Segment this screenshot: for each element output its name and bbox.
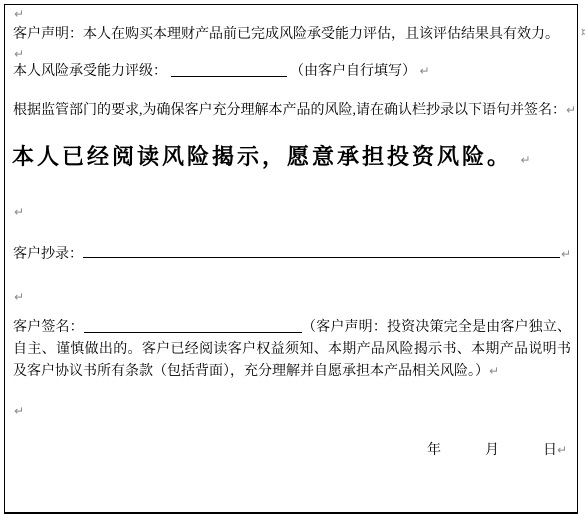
document-page: ↵ 客户声明：本人在购买本理财产品前已完成风险承受能力评估，且该评估结果具有效力… bbox=[0, 0, 585, 522]
risk-statement-heading-row: 本人已经阅读风险揭示，愿意承担投资风险。 ↵ bbox=[12, 144, 571, 170]
date-day-label: 日 bbox=[543, 443, 557, 458]
paragraph-mark-icon: ↵ bbox=[14, 291, 24, 303]
signature-label: 客户签名： bbox=[13, 320, 84, 335]
paragraph-mark-icon: ↵ bbox=[420, 64, 430, 78]
paragraph-mark-icon: ↵ bbox=[561, 248, 571, 260]
form-border: ↵ 客户声明：本人在购买本理财产品前已完成风险承受能力评估，且该评估结果具有效力… bbox=[4, 4, 578, 514]
paragraph-mark-icon: ↵ bbox=[14, 8, 24, 20]
transcription-label: 客户抄录： bbox=[13, 246, 83, 264]
paragraph-mark-icon: ↵ bbox=[14, 48, 24, 60]
paragraph-mark-icon: ↵ bbox=[521, 153, 531, 167]
signature-paragraph: 客户签名：（客户声明：投资决策完全是由客户独立、自主、谨慎做出的。客户已经阅读客… bbox=[13, 317, 571, 383]
paragraph-mark-icon: ↵ bbox=[489, 364, 499, 378]
regulator-instruction-text: 根据监管部门的要求,为确保客户充分理解本产品的风险,请在确认栏抄录以下语句并签名… bbox=[13, 103, 566, 118]
transcription-fill-line[interactable] bbox=[83, 243, 560, 258]
transcription-row: 客户抄录： ↵ bbox=[13, 243, 571, 264]
date-row: 年月日↵ bbox=[13, 442, 567, 460]
paragraph-mark-icon: ↵ bbox=[14, 405, 24, 417]
date-year-label: 年 bbox=[427, 443, 441, 458]
risk-statement-heading: 本人已经阅读风险揭示，愿意承担投资风险。 bbox=[12, 144, 512, 169]
table-row-end-mark-icon: ¤ bbox=[581, 26, 585, 38]
paragraph-mark-icon: ↵ bbox=[557, 443, 567, 457]
paragraph-mark-icon: ↵ bbox=[566, 103, 576, 117]
risk-rating-label: 本人风险承受能力评级： bbox=[13, 64, 167, 79]
risk-rating-fill-line[interactable] bbox=[171, 64, 287, 77]
regulator-instruction-row: 根据监管部门的要求,为确保客户充分理解本产品的风险,请在确认栏抄录以下语句并签名… bbox=[13, 102, 571, 120]
risk-rating-note: （由客户自行填写） bbox=[290, 64, 416, 79]
risk-rating-row: 本人风险承受能力评级： （由客户自行填写） ↵ bbox=[13, 62, 430, 81]
customer-declaration-text: 客户声明：本人在购买本理财产品前已完成风险承受能力评估，且该评估结果具有效力。 bbox=[13, 26, 571, 44]
date-month-label: 月 bbox=[485, 443, 499, 458]
paragraph-mark-icon: ↵ bbox=[14, 206, 24, 218]
signature-fill-line[interactable] bbox=[84, 320, 302, 333]
